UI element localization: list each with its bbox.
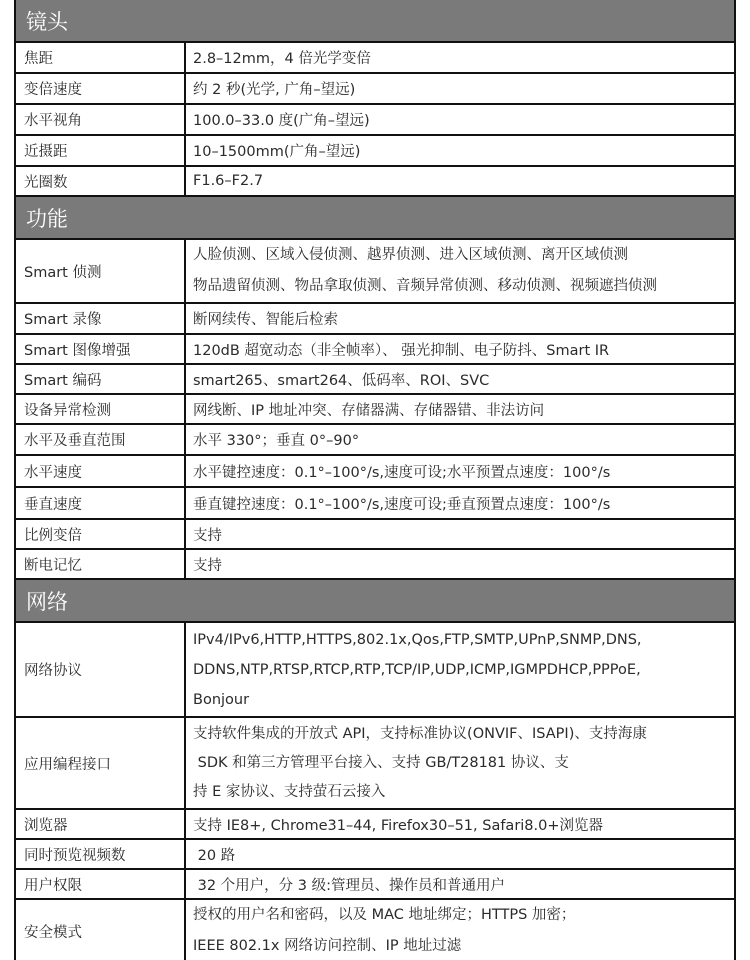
value-line: 人脸侦测、区域入侵侦测、越界侦测、进入区域侦测、离开区域侦测 [193, 240, 734, 271]
section-header-lens: 镜头 [16, 0, 734, 43]
value-line: IEEE 802.1x 网络访问控制、IP 地址过滤 [193, 931, 734, 960]
table-row: 设备异常检测 网线断、IP 地址冲突、存储器满、存储器错、非法访问 [16, 395, 734, 425]
table-row: 水平视角 100.0–33.0 度(广角–望远) [16, 105, 734, 136]
table-row: 网络协议 IPv4/IPv6,HTTP,HTTPS,802.1x,Qos,FTP… [16, 623, 734, 718]
table-row: 水平速度 水平键控速度：0.1°–100°/s,速度可设;水平预置点速度：100… [16, 456, 734, 488]
row-label: 应用编程接口 [16, 718, 186, 808]
row-value: 断网续传、智能后检索 [186, 304, 734, 333]
value-line: Bonjour [193, 685, 734, 715]
table-row: 断电记忆 支持 [16, 550, 734, 580]
row-value: 水平键控速度：0.1°–100°/s,速度可设;水平预置点速度：100°/s [186, 456, 734, 486]
table-row: 垂直速度 垂直键控速度：0.1°–100°/s,速度可设;垂直预置点速度：100… [16, 488, 734, 520]
table-row: 近摄距 10–1500mm(广角–望远) [16, 136, 734, 167]
row-label: 垂直速度 [16, 488, 186, 518]
table-row: 应用编程接口 支持软件集成的开放式 API，支持标准协议(ONVIF、ISAPI… [16, 718, 734, 810]
value-line: 支持 [193, 554, 734, 575]
table-row: 浏览器 支持 IE8+, Chrome31–44, Firefox30–51, … [16, 810, 734, 840]
value-line: 120dB 超宽动态（非全帧率）、 强光抑制、电子防抖、Smart IR [193, 339, 734, 360]
row-value: 支持软件集成的开放式 API，支持标准协议(ONVIF、ISAPI)、支持海康 … [186, 718, 734, 808]
table-row: 焦距 2.8–12mm，4 倍光学变倍 [16, 43, 734, 74]
table-row: 安全模式 授权的用户名和密码，以及 MAC 地址绑定；HTTPS 加密； IEE… [16, 900, 734, 960]
row-value: 10–1500mm(广角–望远) [186, 136, 734, 165]
row-label: 比例变倍 [16, 520, 186, 548]
value-line: 持 E 家协议、支持萤石云接入 [193, 778, 734, 807]
table-row: Smart 图像增强 120dB 超宽动态（非全帧率）、 强光抑制、电子防抖、S… [16, 335, 734, 365]
row-label: Smart 录像 [16, 304, 186, 333]
row-label: 网络协议 [16, 623, 186, 716]
value-line: 断网续传、智能后检索 [193, 308, 734, 329]
row-value: IPv4/IPv6,HTTP,HTTPS,802.1x,Qos,FTP,SMTP… [186, 623, 734, 716]
value-line: F1.6–F2.7 [193, 173, 734, 189]
row-label: 同时预览视频数 [16, 840, 186, 868]
table-row: 用户权限 32 个用户，分 3 级:管理员、操作员和普通用户 [16, 870, 734, 900]
section-header-network: 网络 [16, 580, 734, 623]
row-label: 水平视角 [16, 105, 186, 134]
value-line: 约 2 秒(光学, 广角–望远) [193, 78, 734, 99]
row-label: 水平及垂直范围 [16, 425, 186, 454]
value-line: 2.8–12mm，4 倍光学变倍 [193, 47, 734, 68]
value-line: 垂直键控速度：0.1°–100°/s,速度可设;垂直预置点速度：100°/s [193, 493, 734, 514]
row-value: F1.6–F2.7 [186, 167, 734, 195]
row-label: Smart 编码 [16, 365, 186, 393]
table-row: 光圈数 F1.6–F2.7 [16, 167, 734, 197]
row-value: 垂直键控速度：0.1°–100°/s,速度可设;垂直预置点速度：100°/s [186, 488, 734, 518]
row-label: Smart 图像增强 [16, 335, 186, 363]
row-label: Smart 侦测 [16, 240, 186, 302]
table-row: 变倍速度 约 2 秒(光学, 广角–望远) [16, 74, 734, 105]
value-line: smart265、smart264、低码率、ROI、SVC [193, 369, 734, 390]
table-row: Smart 编码 smart265、smart264、低码率、ROI、SVC [16, 365, 734, 395]
row-label: 设备异常检测 [16, 395, 186, 423]
value-line: 网线断、IP 地址冲突、存储器满、存储器错、非法访问 [193, 399, 734, 420]
row-label: 用户权限 [16, 870, 186, 898]
table-row: 同时预览视频数 20 路 [16, 840, 734, 870]
row-label: 水平速度 [16, 456, 186, 486]
value-line: 支持 [193, 524, 734, 545]
spec-table: 镜头 焦距 2.8–12mm，4 倍光学变倍 变倍速度 约 2 秒(光学, 广角… [14, 0, 736, 960]
value-line: IPv4/IPv6,HTTP,HTTPS,802.1x,Qos,FTP,SMTP… [193, 625, 734, 655]
section-header-features: 功能 [16, 197, 734, 240]
row-value: 网线断、IP 地址冲突、存储器满、存储器错、非法访问 [186, 395, 734, 423]
value-line: 授权的用户名和密码，以及 MAC 地址绑定；HTTPS 加密； [193, 900, 734, 931]
value-line: 10–1500mm(广角–望远) [193, 140, 734, 161]
row-value: 支持 IE8+, Chrome31–44, Firefox30–51, Safa… [186, 810, 734, 838]
value-line: 100.0–33.0 度(广角–望远) [193, 109, 734, 130]
table-row: 水平及垂直范围 水平 330°；垂直 0°–90° [16, 425, 734, 456]
row-value: 水平 330°；垂直 0°–90° [186, 425, 734, 454]
value-line: SDK 和第三方管理平台接入、支持 GB/T28181 协议、支 [193, 749, 734, 778]
table-row: 比例变倍 支持 [16, 520, 734, 550]
row-value: 20 路 [186, 840, 734, 868]
row-value: 人脸侦测、区域入侵侦测、越界侦测、进入区域侦测、离开区域侦测 物品遗留侦测、物品… [186, 240, 734, 302]
table-row: Smart 侦测 人脸侦测、区域入侵侦测、越界侦测、进入区域侦测、离开区域侦测 … [16, 240, 734, 304]
row-value: smart265、smart264、低码率、ROI、SVC [186, 365, 734, 393]
row-value: 2.8–12mm，4 倍光学变倍 [186, 43, 734, 72]
value-line: 32 个用户，分 3 级:管理员、操作员和普通用户 [193, 874, 734, 895]
row-label: 焦距 [16, 43, 186, 72]
row-value: 100.0–33.0 度(广角–望远) [186, 105, 734, 134]
row-value: 120dB 超宽动态（非全帧率）、 强光抑制、电子防抖、Smart IR [186, 335, 734, 363]
row-label: 近摄距 [16, 136, 186, 165]
row-label: 浏览器 [16, 810, 186, 838]
value-line: 水平键控速度：0.1°–100°/s,速度可设;水平预置点速度：100°/s [193, 461, 734, 482]
row-value: 支持 [186, 520, 734, 548]
row-value: 约 2 秒(光学, 广角–望远) [186, 74, 734, 103]
row-value: 支持 [186, 550, 734, 578]
value-line: 支持 IE8+, Chrome31–44, Firefox30–51, Safa… [193, 814, 734, 835]
row-label: 安全模式 [16, 900, 186, 960]
value-line: 支持软件集成的开放式 API，支持标准协议(ONVIF、ISAPI)、支持海康 [193, 720, 734, 749]
value-line: 物品遗留侦测、物品拿取侦测、音频异常侦测、移动侦测、视频遮挡侦测 [193, 271, 734, 302]
table-row: Smart 录像 断网续传、智能后检索 [16, 304, 734, 335]
value-line: DDNS,NTP,RTSP,RTCP,RTP,TCP/IP,UDP,ICMP,I… [193, 655, 734, 685]
row-value: 32 个用户，分 3 级:管理员、操作员和普通用户 [186, 870, 734, 898]
row-value: 授权的用户名和密码，以及 MAC 地址绑定；HTTPS 加密； IEEE 802… [186, 900, 734, 960]
value-line: 20 路 [193, 844, 734, 865]
row-label: 断电记忆 [16, 550, 186, 578]
value-line: 水平 330°；垂直 0°–90° [193, 429, 734, 450]
row-label: 变倍速度 [16, 74, 186, 103]
row-label: 光圈数 [16, 167, 186, 195]
